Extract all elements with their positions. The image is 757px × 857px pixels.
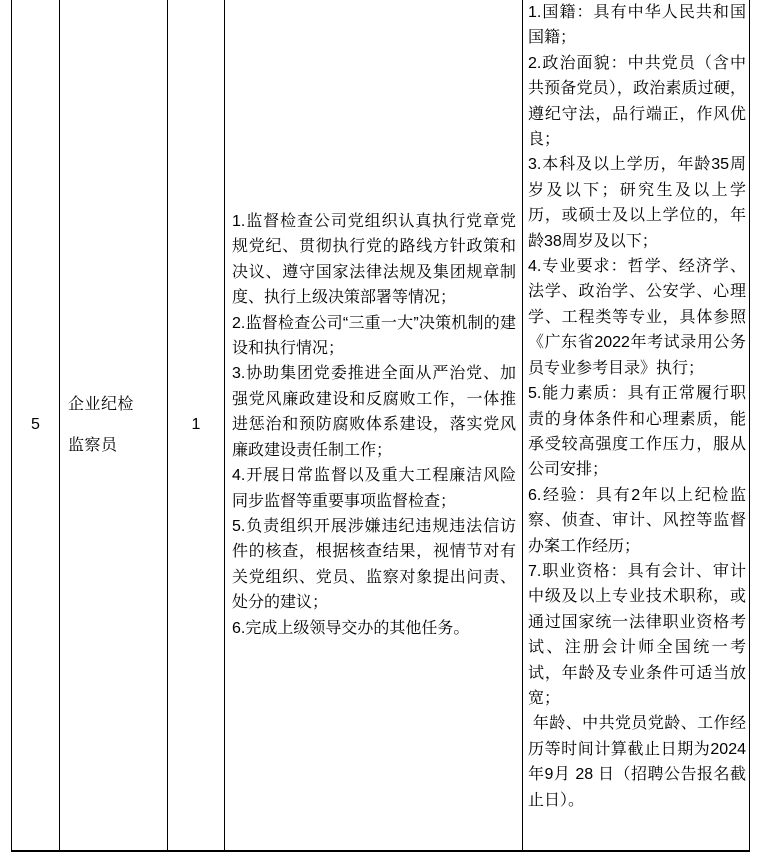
seq-cell: 5 <box>12 0 60 850</box>
table-row: 5 企业纪检 监察员 1 1.监督检查公司党组织认真执行党章党规党纪、贯彻执行党… <box>11 0 750 852</box>
position-cell: 企业纪检 监察员 <box>60 0 168 850</box>
requirement-item-4: 4.专业要求：哲学、经济学、法学、政治学、公安学、心理学、工程类等专业，具体参照… <box>528 254 746 381</box>
position-name-line2: 监察员 <box>60 425 167 466</box>
requirement-item-7: 7.职业资格：具有会计、审计中级及以上专业技术职称，或通过国家统一法律职业资格考… <box>528 559 746 711</box>
requirement-item-3: 3.本科及以上学历，年龄35周岁及以下；研究生及以上学历，或硕士及以上学位的，年… <box>528 152 746 254</box>
deadline-note: 年龄、中共党员党龄、工作经历等时间计算截止日期为2024年9月 28 日（招聘公… <box>528 711 746 813</box>
duties-cell: 1.监督检查公司党组织认真执行党章党规党纪、贯彻执行党的路线方针政策和决议、遵守… <box>225 0 523 850</box>
requirement-item-1: 1.国籍：具有中华人民共和国国籍； <box>528 0 746 51</box>
headcount-number: 1 <box>192 416 201 434</box>
requirement-item-5: 5.能力素质：具有正常履行职责的身体条件和心理素质，能承受较高强度工作压力，服从… <box>528 381 746 483</box>
requirements-cell: 1.国籍：具有中华人民共和国国籍； 2.政治面貌：中共党员（含中共预备党员），政… <box>523 0 750 850</box>
requirement-item-6: 6.经验：具有2年以上纪检监察、侦查、审计、风控等监督办案工作经历； <box>528 483 746 559</box>
duty-item-4: 4.开展日常监督以及重大工程廉洁风险同步监督等重要事项监督检查； <box>232 463 516 514</box>
requirement-item-2: 2.政治面貌：中共党员（含中共预备党员），政治素质过硬，遵纪守法，品行端正，作风… <box>528 51 746 153</box>
duty-item-5: 5.负责组织开展涉嫌违纪违规违法信访件的核查，根据核查结果，视情节对有关党组织、… <box>232 514 516 616</box>
position-name-line1: 企业纪检 <box>60 384 167 425</box>
headcount-cell: 1 <box>168 0 225 850</box>
seq-number: 5 <box>31 416 40 434</box>
duty-item-3: 3.协助集团党委推进全面从严治党、加强党风廉政建设和反腐败工作，一体推进惩治和预… <box>232 361 516 463</box>
duty-item-2: 2.监督检查公司“三重一大”决策机制的建设和执行情况； <box>232 311 516 362</box>
duty-item-1: 1.监督检查公司党组织认真执行党章党规党纪、贯彻执行党的路线方针政策和决议、遵守… <box>232 209 516 311</box>
duty-item-6: 6.完成上级领导交办的其他任务。 <box>232 616 516 641</box>
